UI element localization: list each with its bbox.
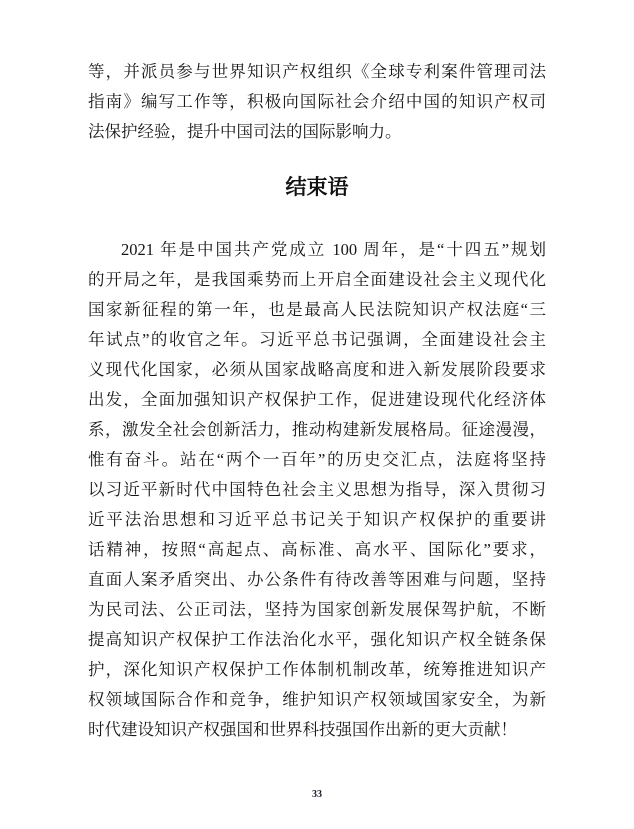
text-line: 直面人案矛盾突出、办公条件有待改善等困难与问题，坚持 — [88, 565, 546, 595]
text-line: 惟有奋斗。站在“两个一百年”的历史交汇点，法庭将坚持 — [88, 445, 546, 475]
text-line: 出发，全面加强知识产权保护工作，促进建设现代化经济体 — [88, 385, 546, 415]
text-line: 指南》编写工作等，积极向国际社会介绍中国的知识产权司 — [88, 87, 546, 117]
section-heading: 结束语 — [0, 176, 634, 200]
text-line: 年试点”的收官之年。习近平总书记强调，全面建设社会主 — [88, 325, 546, 355]
text-line: 以习近平新时代中国特色社会主义思想为指导，深入贯彻习 — [88, 475, 546, 505]
document-page: 等，并派员参与世界知识产权组织《全球专利案件管理司法 指南》编写工作等，积极向国… — [0, 0, 634, 829]
text-line: 权领域国际合作和竞争，维护知识产权领域国家安全，为新 — [88, 685, 546, 715]
text-line: 近平法治思想和习近平总书记关于知识产权保护的重要讲 — [88, 505, 546, 535]
text-line: 2021 年是中国共产党成立 100 周年，是“十四五”规划 — [88, 235, 546, 265]
text-line: 为民司法、公正司法，坚持为国家创新发展保驾护航，不断 — [88, 595, 546, 625]
text-line: 系，激发全社会创新活力，推动构建新发展格局。征途漫漫， — [88, 415, 546, 445]
text-line: 义现代化国家，必须从国家战略高度和进入新发展阶段要求 — [88, 355, 546, 385]
paragraph-continued: 等，并派员参与世界知识产权组织《全球专利案件管理司法 指南》编写工作等，积极向国… — [88, 57, 546, 147]
text-line: 话精神，按照“高起点、高标准、高水平、国际化”要求， — [88, 535, 546, 565]
text-line: 国家新征程的第一年，也是最高人民法院知识产权法庭“三 — [88, 295, 546, 325]
text-line: 护，深化知识产权保护工作体制机制改革，统筹推进知识产 — [88, 655, 546, 685]
page-number: 33 — [0, 789, 634, 800]
text-line: 时代建设知识产权强国和世界科技强国作出新的更大贡献！ — [88, 715, 546, 745]
text-line: 提高知识产权保护工作法治化水平，强化知识产权全链条保 — [88, 625, 546, 655]
text-line: 法保护经验，提升中国司法的国际影响力。 — [88, 117, 546, 147]
text-line: 的开局之年，是我国乘势而上开启全面建设社会主义现代化 — [88, 265, 546, 295]
text-line: 等，并派员参与世界知识产权组织《全球专利案件管理司法 — [88, 57, 546, 87]
conclusion-paragraph: 2021 年是中国共产党成立 100 周年，是“十四五”规划 的开局之年，是我国… — [88, 235, 546, 745]
